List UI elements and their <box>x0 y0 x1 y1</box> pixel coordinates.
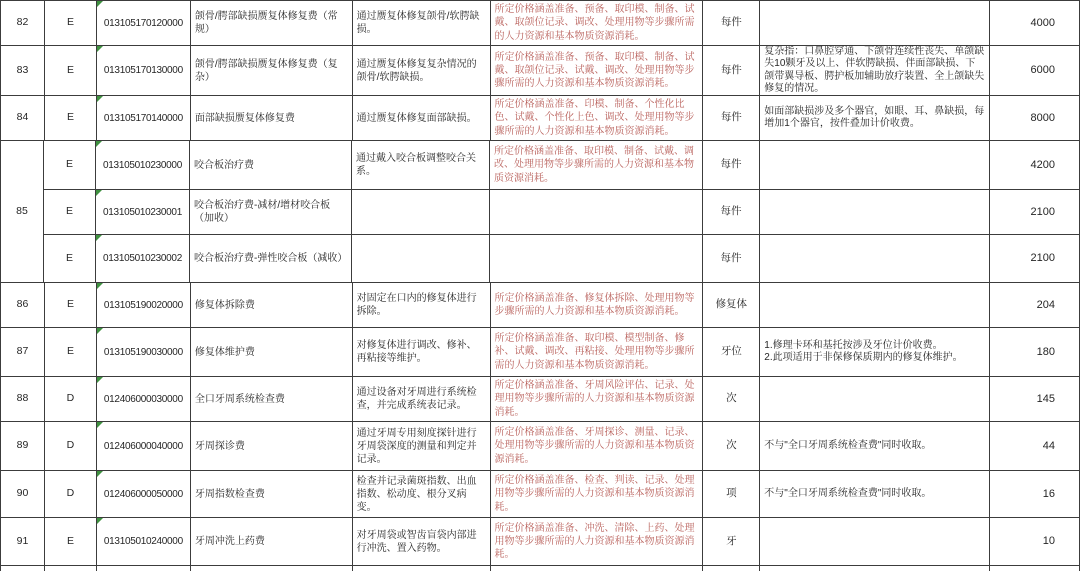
table-row-partial <box>1 566 1080 571</box>
item-name-cell: 咬合板治疗费-减材/增材咬合板（加收） <box>190 190 352 235</box>
item-code: 013105010230001 <box>97 206 188 219</box>
pricing-composition-cell: 所定价格涵盖准备、牙周风险评估、记录、处理用物等步骤所需的人力资源和基本物质资源… <box>491 377 704 422</box>
grade-cell: D <box>45 377 97 422</box>
pricing-composition-cell: 所定价格涵盖准备、印模、制备、个性化比色、试戴、个性化上色、调改、处理用物等步骤… <box>491 96 704 141</box>
item-code: 013105170130000 <box>98 64 189 77</box>
item-code-cell: 013105170140000 <box>97 96 191 141</box>
error-indicator-icon <box>96 141 102 147</box>
table-row: E 013105010230002 咬合板治疗费-弹性咬合板（减收） 每件 21… <box>44 235 1080 283</box>
row-number-cell: 87 <box>1 328 45 377</box>
unit-cell: 牙位 <box>703 328 760 377</box>
price-cell: 4200 <box>990 141 1080 190</box>
unit-cell: 每件 <box>703 1 760 46</box>
error-indicator-icon <box>97 46 103 52</box>
grade-cell <box>45 566 97 571</box>
unit-cell: 牙 <box>703 518 760 566</box>
row-number-cell: 88 <box>1 377 45 422</box>
item-name-cell: 牙周冲洗上药费 <box>191 518 353 566</box>
table-row: 82 E 013105170120000 颌骨/腭部缺损赝复体修复费（常规） 通… <box>1 1 1080 46</box>
row-number-cell: 89 <box>1 422 45 471</box>
pricing-composition-cell: 所定价格涵盖准备、检查、判读、记录、处理用物等步骤所需的人力资源和基本物质资源消… <box>491 471 704 518</box>
item-name-cell: 牙周探诊费 <box>191 422 353 471</box>
item-code: 012406000040000 <box>98 440 189 453</box>
price-cell: 180 <box>990 328 1080 377</box>
table-row: 89 D 012406000040000 牙周探诊费 通过牙周专用刻度探针进行牙… <box>1 422 1080 471</box>
item-code: 013105170120000 <box>98 17 189 30</box>
unit-cell: 每件 <box>703 141 760 190</box>
item-code-cell: 013105010230002 <box>96 235 190 283</box>
grade-cell: E <box>44 190 96 235</box>
row-number-cell: 83 <box>1 46 45 96</box>
pricing-composition-cell: 所定价格涵盖准备、冲洗、清除、上药、处理用物等步骤所需的人力资源和基本物质资源消… <box>491 518 704 566</box>
table-row: 91 E 013105010240000 牙周冲洗上药费 对牙周袋或智齿盲袋内部… <box>1 518 1080 566</box>
price-cell: 204 <box>990 283 1080 328</box>
item-code-cell: 013105010240000 <box>97 518 191 566</box>
row-number-cell: 91 <box>1 518 45 566</box>
item-name-cell: 修复体维护费 <box>191 328 353 377</box>
notes-cell: 不与"全口牙周系统检查费"同时收取。 <box>760 471 990 518</box>
item-code: 013105010240000 <box>98 535 189 548</box>
grade-cell: E <box>45 328 97 377</box>
grade-cell: D <box>45 471 97 518</box>
grade-cell: E <box>45 283 97 328</box>
pricing-composition-cell: 所定价格涵盖准备、取印模、制备、试戴、调改、处理用物等步骤所需的人力资源和基本物… <box>490 141 703 190</box>
notes-cell <box>760 1 990 46</box>
item-description-cell: 通过戴入咬合板调整咬合关系。 <box>352 141 490 190</box>
row-number-cell <box>1 566 45 571</box>
table-row: 84 E 013105170140000 面部缺损赝复体修复费 通过赝复体修复面… <box>1 96 1080 141</box>
row-number-cell: 82 <box>1 1 45 46</box>
item-code-cell <box>97 566 191 571</box>
error-indicator-icon <box>97 1 103 7</box>
item-name-cell: 牙周指数检查费 <box>191 471 353 518</box>
item-code: 013105190030000 <box>98 346 189 359</box>
unit-cell: 修复体 <box>703 283 760 328</box>
grade-cell: E <box>45 96 97 141</box>
grade-cell: E <box>45 46 97 96</box>
price-cell: 145 <box>990 377 1080 422</box>
item-code-cell: 013105190020000 <box>97 283 191 328</box>
item-code: 012406000050000 <box>98 488 189 501</box>
pricing-composition-cell: 所定价格涵盖准备、取印模、模型制备、修补、试戴、调改、再粘接、处理用物等步骤所需… <box>491 328 704 377</box>
unit-cell: 次 <box>703 422 760 471</box>
error-indicator-icon <box>97 283 103 289</box>
item-code-cell: 012406000030000 <box>97 377 191 422</box>
error-indicator-icon <box>96 235 102 241</box>
item-description-cell: 通过赝复体修复颌骨/软腭缺损。 <box>353 1 491 46</box>
price-cell: 6000 <box>990 46 1080 96</box>
error-indicator-icon <box>97 328 103 334</box>
item-description-cell: 对固定在口内的修复体进行拆除。 <box>353 283 491 328</box>
price-cell: 2100 <box>990 235 1080 283</box>
table-row: 86 E 013105190020000 修复体拆除费 对固定在口内的修复体进行… <box>1 283 1080 328</box>
table-row-group-85: 85 E 013105010230000 咬合板治疗费 通过戴入咬合板调整咬合关… <box>1 141 1080 283</box>
grade-cell: E <box>45 518 97 566</box>
table-row: 88 D 012406000030000 全口牙周系统检查费 通过设备对牙周进行… <box>1 377 1080 422</box>
item-description-cell: 通过设备对牙周进行系统检查，并完成系统表记录。 <box>353 377 491 422</box>
row-number-cell: 85 <box>1 141 44 283</box>
item-name-cell: 咬合板治疗费 <box>190 141 352 190</box>
item-code-cell: 013105010230001 <box>96 190 190 235</box>
grade-cell: E <box>44 141 96 190</box>
pricing-composition-cell: 所定价格涵盖准备、预备、取印模、制备、试戴、取颌位记录、调改、处理用物等步骤所需… <box>491 1 704 46</box>
row-number-cell: 90 <box>1 471 45 518</box>
notes-cell: 1.修理卡环和基托按涉及牙位计价收费。 2.此项适用于非保修保质期内的修复体维护… <box>760 328 990 377</box>
grade-cell: E <box>44 235 96 283</box>
price-cell: 2100 <box>990 190 1080 235</box>
notes-cell <box>760 518 990 566</box>
unit-cell <box>703 566 760 571</box>
fee-schedule-table: 82 E 013105170120000 颌骨/腭部缺损赝复体修复费（常规） 通… <box>0 0 1080 571</box>
item-code: 012406000030000 <box>98 393 189 406</box>
notes-cell <box>760 566 990 571</box>
item-code-cell: 012406000040000 <box>97 422 191 471</box>
price-cell <box>990 566 1080 571</box>
unit-cell: 每件 <box>703 190 760 235</box>
unit-cell: 每件 <box>703 46 760 96</box>
item-name-cell: 颌骨/腭部缺损赝复体修复费（复杂） <box>191 46 353 96</box>
pricing-composition-cell <box>491 566 704 571</box>
item-description-cell <box>352 235 490 283</box>
pricing-composition-cell: 所定价格涵盖准备、修复体拆除、处理用物等步骤所需的人力资源和基本物质资源消耗。 <box>491 283 704 328</box>
notes-cell <box>760 283 990 328</box>
table-row: 83 E 013105170130000 颌骨/腭部缺损赝复体修复费（复杂） 通… <box>1 46 1080 96</box>
item-name-cell: 修复体拆除费 <box>191 283 353 328</box>
price-cell: 16 <box>990 471 1080 518</box>
unit-cell: 项 <box>703 471 760 518</box>
error-indicator-icon <box>97 422 103 428</box>
unit-cell: 每件 <box>703 96 760 141</box>
notes-cell <box>760 377 990 422</box>
price-cell: 10 <box>990 518 1080 566</box>
item-description-cell: 通过牙周专用刻度探针进行牙周袋深度的测量和判定并记录。 <box>353 422 491 471</box>
notes-cell <box>760 141 990 190</box>
item-code: 013105170140000 <box>98 112 189 125</box>
item-code: 013105190020000 <box>98 299 189 312</box>
grade-cell: D <box>45 422 97 471</box>
item-name-cell: 面部缺损赝复体修复费 <box>191 96 353 141</box>
item-description-cell: 检查并记录菌斑指数、出血指数、松动度、根分叉病变。 <box>353 471 491 518</box>
price-cell: 4000 <box>990 1 1080 46</box>
table-row: 90 D 012406000050000 牙周指数检查费 检查并记录菌斑指数、出… <box>1 471 1080 518</box>
item-name-cell: 咬合板治疗费-弹性咬合板（减收） <box>190 235 352 283</box>
item-description-cell <box>353 566 491 571</box>
item-name-cell: 颌骨/腭部缺损赝复体修复费（常规） <box>191 1 353 46</box>
error-indicator-icon <box>96 190 102 196</box>
item-code-cell: 013105170120000 <box>97 1 191 46</box>
item-description-cell: 对牙周袋或智齿盲袋内部进行冲洗、置入药物。 <box>353 518 491 566</box>
table-row: 87 E 013105190030000 修复体维护费 对修复体进行调改、修补、… <box>1 328 1080 377</box>
notes-cell <box>760 235 990 283</box>
pricing-composition-cell <box>490 235 703 283</box>
notes-cell: 不与"全口牙周系统检查费"同时收取。 <box>760 422 990 471</box>
item-description-cell: 对修复体进行调改、修补、再粘接等维护。 <box>353 328 491 377</box>
pricing-composition-cell: 所定价格涵盖准备、预备、取印模、制备、试戴、取颌位记录、试戴、调改、处理用物等步… <box>491 46 704 96</box>
item-name-cell <box>191 566 353 571</box>
item-code-cell: 013105170130000 <box>97 46 191 96</box>
item-code-cell: 012406000050000 <box>97 471 191 518</box>
notes-cell: 复杂指：口鼻腔穿通、下颌骨连续性丧失、单颌缺失10颗牙及以上、伴软腭缺损、伴面部… <box>760 46 990 96</box>
unit-cell: 次 <box>703 377 760 422</box>
item-name-cell: 全口牙周系统检查费 <box>191 377 353 422</box>
unit-cell: 每件 <box>703 235 760 283</box>
row-number-cell: 86 <box>1 283 45 328</box>
error-indicator-icon <box>97 377 103 383</box>
pricing-composition-cell <box>490 190 703 235</box>
error-indicator-icon <box>97 518 103 524</box>
item-code-cell: 013105190030000 <box>97 328 191 377</box>
item-description-cell <box>352 190 490 235</box>
item-description-cell: 通过赝复体修复面部缺损。 <box>353 96 491 141</box>
error-indicator-icon <box>97 471 103 477</box>
table-row: E 013105010230000 咬合板治疗费 通过戴入咬合板调整咬合关系。 … <box>44 141 1080 190</box>
notes-cell <box>760 190 990 235</box>
item-description-cell: 通过赝复体修复复杂情况的颌骨/软腭缺损。 <box>353 46 491 96</box>
error-indicator-icon <box>97 96 103 102</box>
pricing-composition-cell: 所定价格涵盖准备、牙周探诊、测量、记录、处理用物等步骤所需的人力资源和基本物质资… <box>491 422 704 471</box>
item-code: 013105010230002 <box>97 252 188 265</box>
table-row: E 013105010230001 咬合板治疗费-减材/增材咬合板（加收） 每件… <box>44 190 1080 235</box>
grade-cell: E <box>45 1 97 46</box>
item-code-cell: 013105010230000 <box>96 141 190 190</box>
price-cell: 8000 <box>990 96 1080 141</box>
row-number-cell: 84 <box>1 96 45 141</box>
price-cell: 44 <box>990 422 1080 471</box>
notes-cell: 如面部缺损涉及多个器官，如眼、耳、鼻缺损，每增加1个器官，按件叠加计价收费。 <box>760 96 990 141</box>
item-code: 013105010230000 <box>97 159 188 172</box>
